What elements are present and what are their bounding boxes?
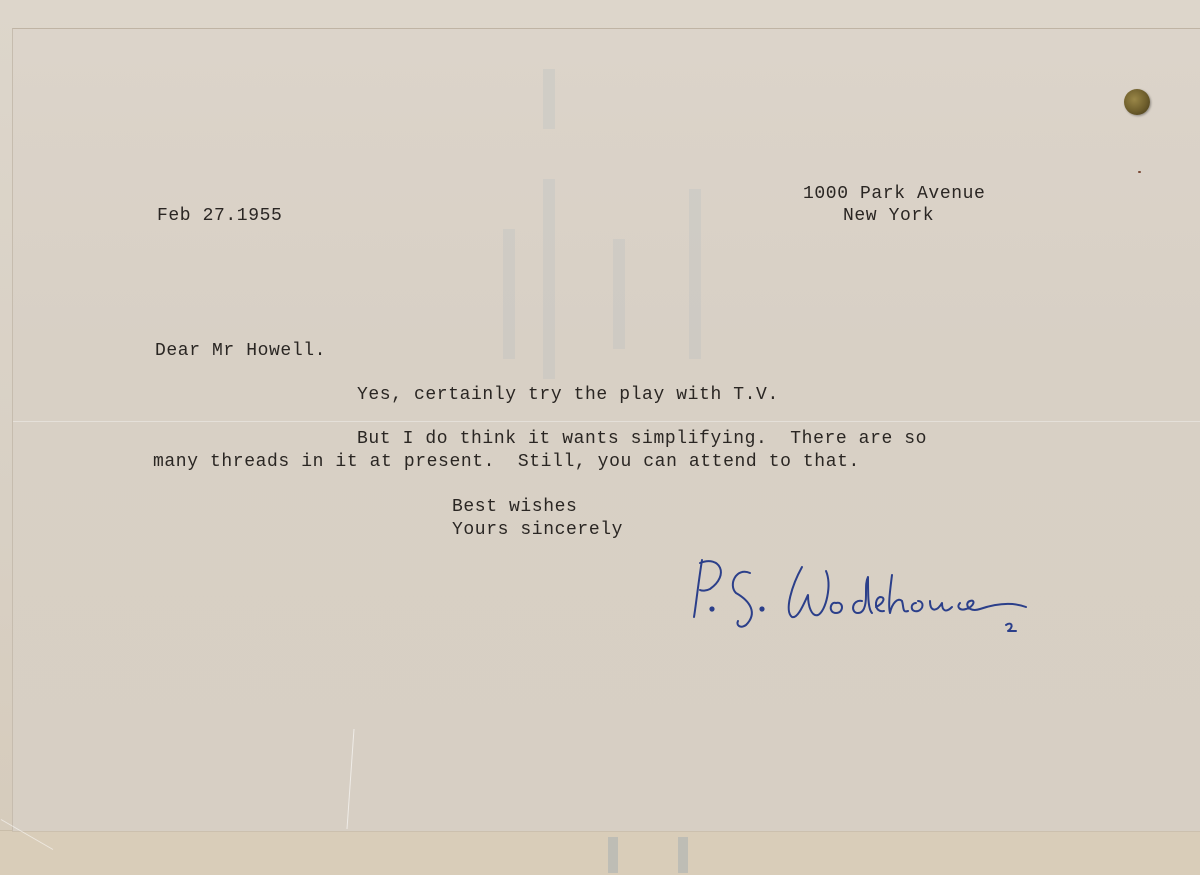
show-through-text	[613, 239, 625, 349]
paper-tear	[335, 729, 355, 829]
salutation: Dear Mr Howell.	[155, 340, 326, 363]
show-through-text	[543, 69, 555, 129]
handwritten-signature	[680, 555, 1060, 645]
show-through-text	[543, 179, 555, 379]
show-through-text	[689, 189, 701, 359]
letter-date: Feb 27.1955	[157, 205, 282, 228]
body-paragraph-1: Yes, certainly try the play with T.V.	[357, 384, 779, 407]
body-paragraph-2-line-1: But I do think it wants simplifying. The…	[357, 428, 927, 451]
address-line-1: 1000 Park Avenue	[803, 183, 985, 206]
show-through-mark	[678, 837, 688, 873]
show-through-text	[503, 229, 515, 359]
paper-fold	[13, 421, 1200, 422]
closing-line-2: Yours sincerely	[452, 519, 623, 542]
address-line-2: New York	[843, 205, 934, 228]
paper-speck	[1138, 171, 1141, 173]
brass-rivet-icon	[1124, 89, 1150, 115]
closing-line-1: Best wishes	[452, 496, 577, 519]
show-through-mark	[608, 837, 618, 873]
body-paragraph-2-line-2: many threads in it at present. Still, yo…	[153, 451, 860, 474]
underlying-sheet	[0, 830, 1200, 875]
